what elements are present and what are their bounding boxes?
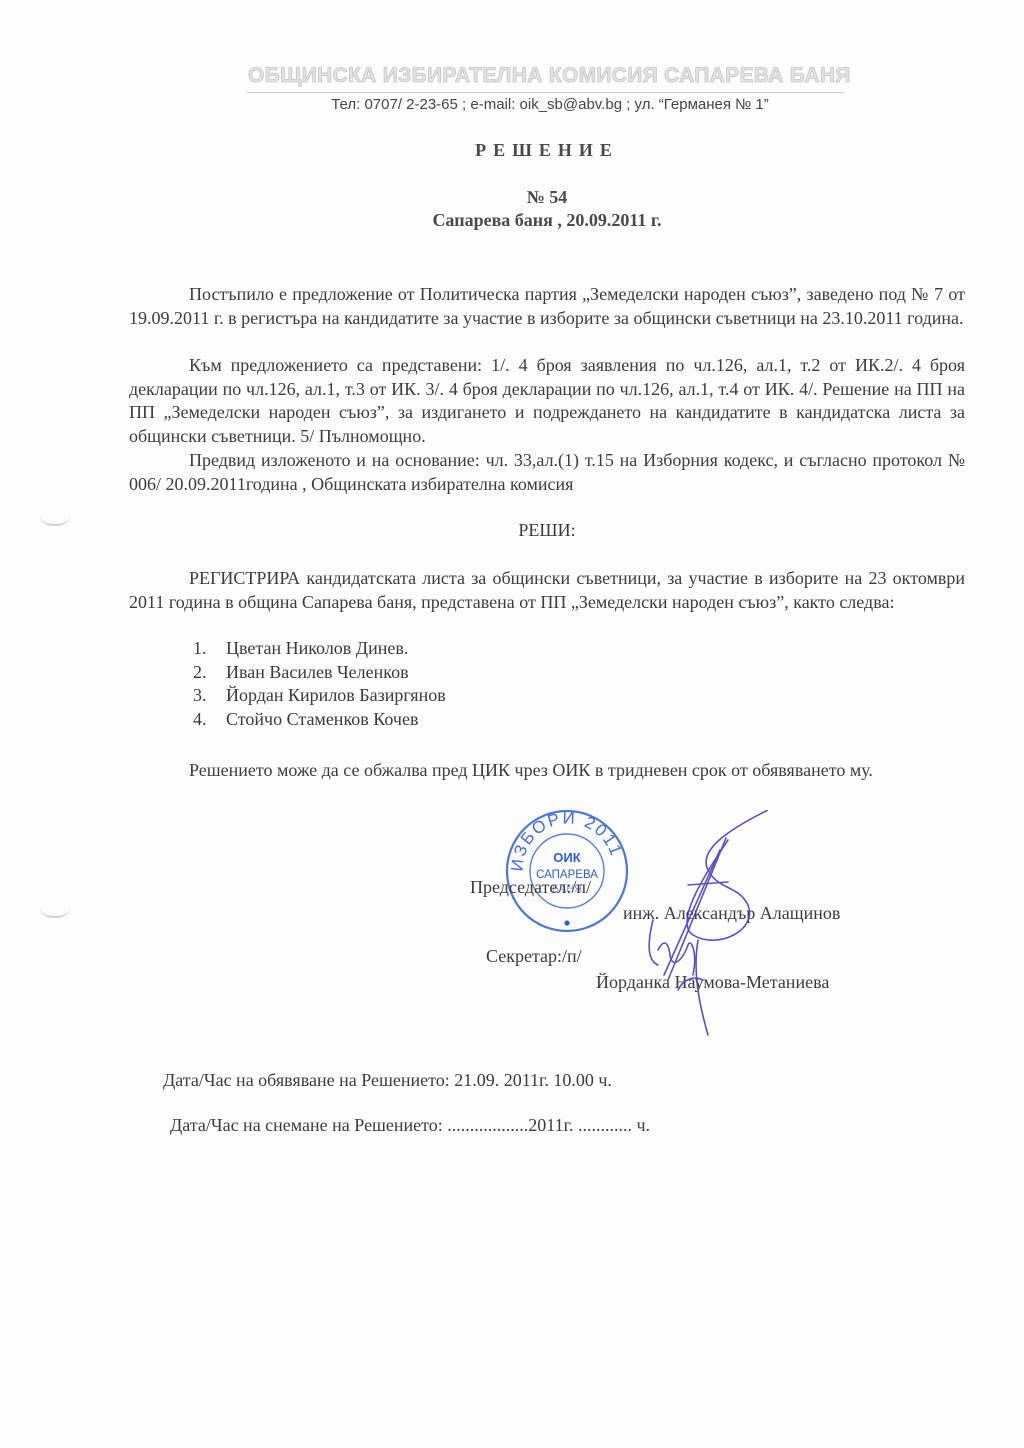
decision-number: № 54 bbox=[0, 187, 1024, 208]
candidate-list: 1.Цветан Николов Динев. 2.Иван Василев Ч… bbox=[193, 637, 446, 731]
document-title: РЕШЕНИЕ bbox=[0, 140, 1024, 161]
candidate-name: Иван Василев Челенков bbox=[226, 662, 409, 682]
secretary-label: Секретар:/п/ bbox=[486, 946, 582, 967]
place-and-date: Сапарева баня , 20.09.2011 г. bbox=[0, 210, 1024, 231]
punch-hole-mark bbox=[40, 508, 70, 526]
removal-date: Дата/Час на снемане на Решението: ......… bbox=[170, 1115, 650, 1136]
chairman-label: Председател:/п/ bbox=[470, 877, 591, 898]
candidate-name: Цветан Николов Динев. bbox=[226, 638, 408, 658]
announcement-date: Дата/Час на обявяване на Решението: 21.0… bbox=[163, 1070, 612, 1091]
commission-logo-text: ОБЩИНСКА ИЗБИРАТЕЛНА КОМИСИЯ САПАРЕВА БА… bbox=[248, 64, 848, 88]
list-item: 3.Йордан Кирилов Базиргянов bbox=[193, 684, 446, 708]
header-divider bbox=[246, 92, 844, 93]
list-item: 2.Иван Василев Челенков bbox=[193, 661, 446, 685]
list-item: 1.Цветан Николов Динев. bbox=[193, 637, 446, 661]
paragraph-appeal: Решението може да се обжалва пред ЦИК чр… bbox=[129, 759, 965, 783]
contact-line: Тел: 0707/ 2-23-65 ; e-mail: oik_sb@abv.… bbox=[200, 96, 900, 113]
paragraph-legal-basis: Предвид изложеното и на основание: чл. 3… bbox=[129, 449, 965, 496]
paragraph-attachments: Към предложението са представени: 1/. 4 … bbox=[129, 354, 965, 448]
punch-hole-mark bbox=[40, 900, 70, 918]
decision-heading: РЕШИ: bbox=[0, 520, 1024, 541]
candidate-name: Йордан Кирилов Базиргянов bbox=[226, 685, 446, 705]
paragraph-proposal: Постъпило е предложение от Политическа п… bbox=[129, 283, 965, 330]
candidate-name: Стойчо Стаменков Кочев bbox=[226, 709, 418, 729]
svg-text:ОИК: ОИК bbox=[553, 850, 580, 865]
paragraph-registration: РЕГИСТРИРА кандидатската листа за общинс… bbox=[129, 567, 965, 614]
list-item: 4.Стойчо Стаменков Кочев bbox=[193, 708, 446, 732]
handwritten-signature-icon bbox=[598, 810, 768, 1040]
